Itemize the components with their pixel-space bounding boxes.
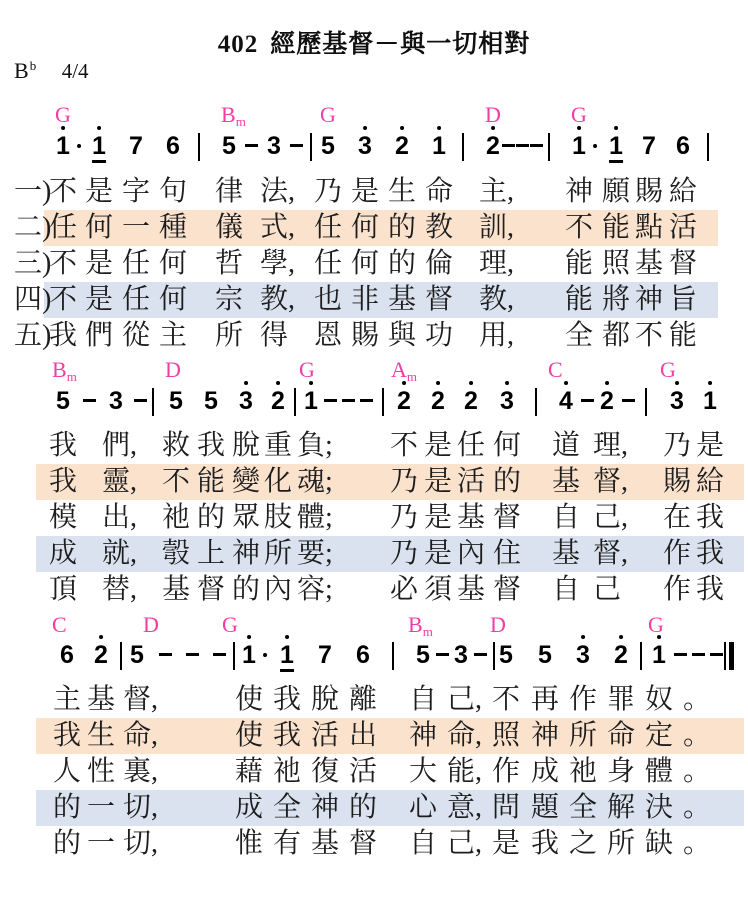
- chord-label: G: [660, 359, 676, 381]
- duration-dash: [342, 399, 355, 402]
- octave-dot: [605, 381, 609, 385]
- chord-label: G: [648, 614, 664, 636]
- octave-dot: [244, 381, 248, 385]
- lyric-char: 是: [85, 282, 113, 317]
- lyric-char: 定: [645, 718, 673, 753]
- lyric-char: 得: [260, 318, 288, 353]
- lyric-char: 不: [49, 174, 77, 209]
- lyric-char: 一: [87, 826, 115, 861]
- jianpu-note: 2: [94, 642, 108, 668]
- duration-dash: [581, 399, 594, 402]
- lyric-char: 何: [85, 210, 113, 245]
- lyric-char: 督,: [593, 464, 628, 499]
- lyric-char: 基: [162, 572, 190, 607]
- jianpu-note: 2: [397, 388, 411, 414]
- lyric-char: 祂: [162, 500, 190, 535]
- lyric-char: 的: [349, 790, 377, 825]
- lyric-char: 全: [569, 790, 597, 825]
- lyric-char: 是: [424, 428, 452, 463]
- lyric-char: 內: [457, 536, 485, 571]
- lyric-char: 都: [602, 318, 630, 353]
- lyric-char: 儀: [215, 210, 243, 245]
- lyric-char: 能: [197, 464, 225, 499]
- lyric-char: 神: [232, 536, 260, 571]
- lyric-char: 能: [565, 282, 593, 317]
- lyric-char: 負;: [297, 428, 333, 463]
- jianpu-note: 5: [204, 388, 218, 414]
- lyric-char: 照: [602, 246, 630, 281]
- lyric-period: 。: [683, 682, 711, 717]
- lyric-char: 是: [696, 428, 724, 463]
- chord-label: G: [55, 104, 71, 126]
- lyric-char: 己,: [593, 500, 628, 535]
- jianpu-note: 7: [318, 642, 332, 668]
- jianpu-note: 1: [304, 388, 318, 414]
- lyric-char: 命: [607, 718, 635, 753]
- octave-dot: [276, 381, 280, 385]
- lyric-char: 命: [425, 174, 453, 209]
- lyric-char: 教,: [479, 282, 514, 317]
- jianpu-note: 5: [416, 642, 430, 668]
- lyric-char: 問: [492, 790, 520, 825]
- verse-number-label: 二): [14, 210, 51, 245]
- jianpu-note: 6: [166, 133, 180, 159]
- lyric-char: 基: [457, 572, 485, 607]
- lyric-char: 我: [53, 718, 81, 753]
- jianpu-note: 3: [500, 388, 514, 414]
- barline: [640, 642, 642, 670]
- key-signature: Bb 4/4: [14, 58, 89, 84]
- lyric-char: 使: [235, 718, 263, 753]
- lyric-char: 神: [311, 790, 339, 825]
- barline: [198, 133, 200, 161]
- duration-dash: [622, 399, 635, 402]
- lyric-char: 之: [569, 826, 597, 861]
- chord-label: D: [490, 614, 506, 636]
- lyric-char: 頂: [49, 572, 77, 607]
- lyric-char: 不: [162, 464, 190, 499]
- lyric-char: 我: [696, 500, 724, 535]
- verse-number-label: 五): [14, 318, 51, 353]
- lyric-char: 督: [197, 572, 225, 607]
- lyric-period: 。: [683, 826, 711, 861]
- jianpu-note: 5: [169, 388, 183, 414]
- lyric-char: 身: [607, 754, 635, 789]
- lyric-char: 基: [388, 282, 416, 317]
- jianpu-note: 2: [486, 133, 500, 159]
- augmentation-dot: [263, 653, 267, 657]
- lyric-char: 不: [390, 428, 418, 463]
- lyric-char: 我: [696, 536, 724, 571]
- lyric-char: 學,: [260, 246, 295, 281]
- jianpu-note: 1: [92, 133, 106, 163]
- jianpu-note: 1: [572, 133, 586, 159]
- lyric-char: 替,: [102, 572, 137, 607]
- lyric-char: 是: [85, 246, 113, 281]
- lyric-char: 主: [159, 318, 187, 353]
- lyric-char: 活: [457, 464, 485, 499]
- jianpu-note: 6: [356, 642, 370, 668]
- lyric-char: 從: [122, 318, 150, 353]
- jianpu-note: 1: [652, 642, 666, 668]
- lyric-char: 出: [349, 718, 377, 753]
- lyric-char: 變: [232, 464, 260, 499]
- duration-dash: [324, 399, 337, 402]
- octave-dot: [436, 381, 440, 385]
- final-barline-thin: [724, 642, 726, 670]
- lyric-char: 的: [53, 826, 81, 861]
- lyric-char: 全: [565, 318, 593, 353]
- augmentation-dot: [77, 144, 81, 148]
- lyric-char: 一: [122, 210, 150, 245]
- jianpu-note: 3: [239, 388, 253, 414]
- lyric-char: 宗: [215, 282, 243, 317]
- barline: [462, 133, 464, 161]
- octave-dot: [491, 126, 495, 130]
- lyric-char: 肢: [264, 500, 292, 535]
- jianpu-note: 2: [271, 388, 285, 414]
- lyric-char: 任: [457, 428, 485, 463]
- jianpu-note: 1: [703, 388, 717, 414]
- jianpu-note: 5: [222, 133, 236, 159]
- lyric-char: 們,: [102, 428, 137, 463]
- lyric-char: 再: [531, 682, 559, 717]
- lyric-char: 點: [635, 210, 663, 245]
- lyric-char: 的: [493, 464, 521, 499]
- lyric-char: 用,: [479, 318, 514, 353]
- lyric-char: 復: [311, 754, 339, 789]
- duration-dash: [710, 653, 723, 656]
- lyric-char: 任: [314, 246, 342, 281]
- lyric-char: 一: [87, 790, 115, 825]
- lyric-char: 任: [49, 210, 77, 245]
- octave-dot: [619, 635, 623, 639]
- lyric-char: 倫: [425, 246, 453, 281]
- key-root: Bb: [14, 58, 36, 83]
- lyric-char: 種: [159, 210, 187, 245]
- octave-dot: [309, 381, 313, 385]
- lyric-char: 我: [696, 572, 724, 607]
- jianpu-note: 2: [431, 388, 445, 414]
- octave-dot: [577, 126, 581, 130]
- lyric-char: 乃: [390, 464, 418, 499]
- lyric-char: 將: [602, 282, 630, 317]
- jianpu-note: 6: [60, 642, 74, 668]
- lyric-char: 何: [159, 282, 187, 317]
- lyric-char: 式,: [260, 210, 295, 245]
- verse-number-label: 四): [14, 282, 51, 317]
- barline: [707, 133, 709, 161]
- lyric-char: 教,: [260, 282, 295, 317]
- jianpu-note: 2: [614, 642, 628, 668]
- lyric-char: 我: [273, 718, 301, 753]
- duration-dash: [159, 653, 172, 656]
- lyric-char: 出,: [102, 500, 137, 535]
- lyric-char: 作: [663, 572, 691, 607]
- barline: [535, 388, 537, 416]
- lyric-char: 自: [409, 826, 437, 861]
- lyric-char: 基: [635, 246, 663, 281]
- lyric-char: 基: [552, 464, 580, 499]
- lyric-char: 性: [87, 754, 115, 789]
- duration-dash: [502, 144, 515, 147]
- chord-label: Bm: [408, 614, 433, 643]
- lyric-char: 缺: [645, 826, 673, 861]
- lyric-char: 任: [122, 282, 150, 317]
- lyric-char: 督: [425, 282, 453, 317]
- lyric-char: 何: [351, 210, 379, 245]
- barline: [120, 642, 122, 670]
- lyric-char: 模: [49, 500, 77, 535]
- lyric-char: 我: [273, 682, 301, 717]
- jianpu-note: 3: [576, 642, 590, 668]
- jianpu-note: 5: [56, 388, 70, 414]
- lyric-char: 訓,: [479, 210, 514, 245]
- time-signature: 4/4: [62, 59, 89, 83]
- augmentation-dot: [593, 144, 597, 148]
- lyric-char: 基: [457, 500, 485, 535]
- duration-dash: [83, 399, 96, 402]
- lyric-char: 神: [635, 282, 663, 317]
- barline: [548, 133, 550, 161]
- octave-dot: [247, 635, 251, 639]
- lyric-char: 是: [424, 536, 452, 571]
- lyric-char: 所: [569, 718, 597, 753]
- duration-dash: [516, 144, 529, 147]
- lyric-char: 基: [87, 682, 115, 717]
- lyric-char: 是: [424, 500, 452, 535]
- lyric-char: 理,: [593, 428, 628, 463]
- lyric-char: 能: [669, 318, 697, 353]
- lyric-char: 乃: [390, 500, 418, 535]
- jianpu-note: 6: [676, 133, 690, 159]
- lyric-char: 我: [49, 428, 77, 463]
- lyric-char: 的: [197, 500, 225, 535]
- octave-dot: [657, 635, 661, 639]
- duration-dash: [692, 653, 705, 656]
- jianpu-note: 5: [321, 133, 335, 159]
- barline: [645, 388, 647, 416]
- barline: [493, 642, 495, 670]
- lyric-char: 的: [232, 572, 260, 607]
- lyric-char: 任: [122, 246, 150, 281]
- lyric-char: 照: [492, 718, 520, 753]
- lyric-char: 要;: [297, 536, 333, 571]
- octave-dot: [614, 126, 618, 130]
- barline: [152, 388, 154, 416]
- lyric-char: 己: [593, 572, 621, 607]
- lyric-char: 解: [607, 790, 635, 825]
- lyric-char: 魂;: [297, 464, 333, 499]
- jianpu-note: 3: [670, 388, 684, 414]
- lyric-char: 成: [531, 754, 559, 789]
- lyric-char: 生: [388, 174, 416, 209]
- lyric-char: 作: [663, 536, 691, 571]
- lyric-char: 督: [349, 826, 377, 861]
- lyric-char: 我: [531, 826, 559, 861]
- chord-label: D: [165, 359, 181, 381]
- duration-dash: [213, 653, 226, 656]
- lyric-char: 我: [197, 428, 225, 463]
- octave-dot: [581, 635, 585, 639]
- duration-dash: [674, 653, 687, 656]
- lyric-char: 活: [349, 754, 377, 789]
- lyric-char: 道: [552, 428, 580, 463]
- lyric-char: 命,: [123, 718, 158, 753]
- chord-label: D: [143, 614, 159, 636]
- duration-dash: [245, 144, 258, 147]
- lyric-char: 功: [425, 318, 453, 353]
- lyric-char: 能: [602, 210, 630, 245]
- lyric-char: 督: [493, 572, 521, 607]
- chord-label: Bm: [221, 104, 246, 133]
- lyric-char: 使: [235, 682, 263, 717]
- octave-dot: [363, 126, 367, 130]
- lyric-char: 自: [409, 682, 437, 717]
- lyric-char: 賜: [635, 174, 663, 209]
- jianpu-note: 1: [609, 133, 623, 163]
- lyric-char: 我: [49, 318, 77, 353]
- lyric-char: 所: [215, 318, 243, 353]
- jianpu-note: 1: [242, 642, 256, 668]
- final-barline-thick: [729, 642, 734, 670]
- lyric-char: 體;: [297, 500, 333, 535]
- lyric-char: 意,: [447, 790, 482, 825]
- lyric-char: 內: [264, 572, 292, 607]
- chord-label: G: [320, 104, 336, 126]
- jianpu-note: 3: [267, 133, 281, 159]
- duration-dash: [290, 144, 303, 147]
- lyric-char: 須: [424, 572, 452, 607]
- octave-dot: [469, 381, 473, 385]
- duration-dash: [134, 399, 147, 402]
- lyric-char: 能: [565, 246, 593, 281]
- lyric-char: 教: [425, 210, 453, 245]
- lyric-char: 基: [311, 826, 339, 861]
- lyric-char: 自: [552, 572, 580, 607]
- octave-dot: [675, 381, 679, 385]
- lyric-char: 己,: [447, 826, 482, 861]
- octave-dot: [61, 126, 65, 130]
- octave-dot: [400, 126, 404, 130]
- hymn-number: 402: [218, 31, 259, 58]
- lyric-char: 體: [645, 754, 673, 789]
- duration-dash: [186, 653, 199, 656]
- lyric-char: 靈,: [102, 464, 137, 499]
- lyric-period: 。: [683, 790, 711, 825]
- lyric-char: 的: [388, 246, 416, 281]
- lyric-char: 督,: [123, 682, 158, 717]
- flat-accidental: b: [30, 58, 37, 73]
- jianpu-note: 3: [454, 642, 468, 668]
- lyric-char: 脫: [232, 428, 260, 463]
- lyric-char: 作: [569, 682, 597, 717]
- lyric-char: 活: [311, 718, 339, 753]
- lyric-char: 重: [264, 428, 292, 463]
- chord-label: G: [571, 104, 587, 126]
- lyric-char: 主,: [479, 174, 514, 209]
- lyric-char: 不: [635, 318, 663, 353]
- lyric-char: 賜: [351, 318, 379, 353]
- barline: [294, 388, 296, 416]
- lyric-char: 不: [492, 682, 520, 717]
- lyric-char: 神: [565, 174, 593, 209]
- lyric-char: 何: [351, 246, 379, 281]
- jianpu-note: 1: [280, 642, 294, 672]
- lyric-char: 在: [663, 500, 691, 535]
- lyric-char: 基: [552, 536, 580, 571]
- lyric-char: 乃: [390, 536, 418, 571]
- lyric-char: 罪: [607, 682, 635, 717]
- lyric-char: 賜: [663, 464, 691, 499]
- hymn-sheet: 402經歷基督－與一切相對 Bb 4/4 GBmGDG1176535321211…: [0, 0, 748, 902]
- lyric-char: 命,: [447, 718, 482, 753]
- lyric-char: 給: [696, 464, 724, 499]
- octave-dot: [708, 381, 712, 385]
- lyric-char: 恩: [314, 318, 342, 353]
- lyric-char: 人: [53, 754, 81, 789]
- lyric-char: 裏,: [123, 754, 158, 789]
- duration-dash: [530, 144, 543, 147]
- lyric-char: 所: [264, 536, 292, 571]
- chord-label: C: [548, 359, 563, 381]
- lyric-char: 哲: [215, 246, 243, 281]
- lyric-char: 心: [409, 790, 437, 825]
- octave-dot: [437, 126, 441, 130]
- lyric-char: 法,: [260, 174, 295, 209]
- lyric-char: 是: [492, 826, 520, 861]
- lyric-char: 不: [565, 210, 593, 245]
- lyric-char: 所: [607, 826, 635, 861]
- jianpu-note: 2: [464, 388, 478, 414]
- lyric-char: 成: [235, 790, 263, 825]
- lyric-char: 我: [49, 464, 77, 499]
- barline: [382, 388, 384, 416]
- duration-dash: [360, 399, 373, 402]
- lyric-char: 容;: [297, 572, 333, 607]
- lyric-char: 全: [273, 790, 301, 825]
- lyric-char: 神: [531, 718, 559, 753]
- barline: [392, 642, 394, 670]
- hymn-title-text: 經歷基督－與一切相對: [270, 31, 530, 58]
- lyric-char: 句: [159, 174, 187, 209]
- lyric-char: 願: [602, 174, 630, 209]
- barline: [233, 642, 235, 670]
- duration-dash: [474, 653, 487, 656]
- lyric-char: 生: [87, 718, 115, 753]
- octave-dot: [97, 126, 101, 130]
- duration-dash: [436, 653, 449, 656]
- lyric-char: 旨: [669, 282, 697, 317]
- lyric-char: 何: [493, 428, 521, 463]
- lyric-char: 神: [409, 718, 437, 753]
- lyric-char: 乃: [314, 174, 342, 209]
- lyric-char: 就,: [102, 536, 137, 571]
- jianpu-note: 1: [432, 133, 446, 159]
- jianpu-note: 5: [130, 642, 144, 668]
- jianpu-note: 5: [499, 642, 513, 668]
- jianpu-note: 5: [538, 642, 552, 668]
- jianpu-note: 4: [559, 388, 573, 414]
- lyric-char: 己,: [447, 682, 482, 717]
- lyric-char: 能,: [447, 754, 482, 789]
- octave-dot: [285, 635, 289, 639]
- lyric-char: 脫: [311, 682, 339, 717]
- lyric-char: 惟: [235, 826, 263, 861]
- lyric-char: 成: [49, 536, 77, 571]
- lyric-char: 非: [351, 282, 379, 317]
- lyric-char: 的: [53, 790, 81, 825]
